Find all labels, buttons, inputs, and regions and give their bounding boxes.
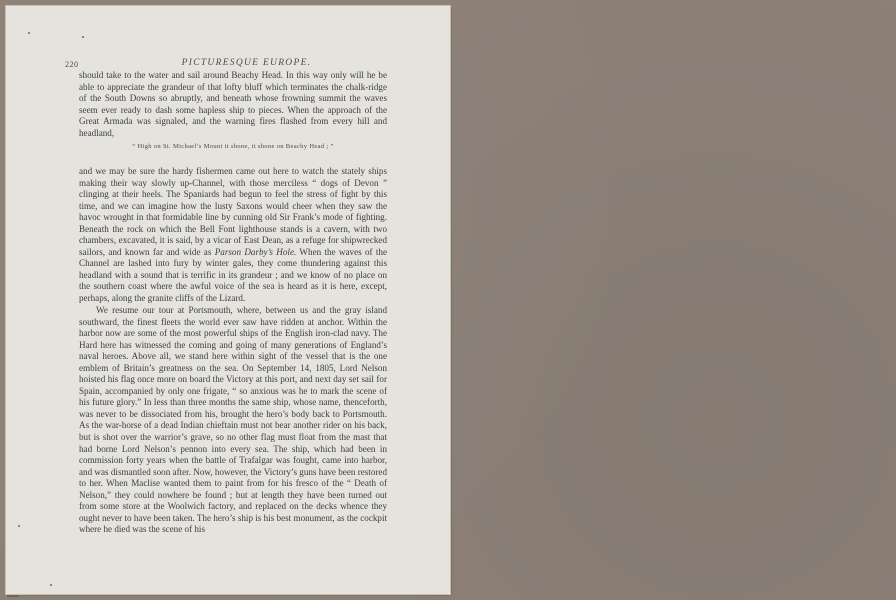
paper-speck bbox=[18, 525, 20, 527]
paragraph-3-text: We resume our tour at Portsmouth, where,… bbox=[79, 305, 387, 536]
paper-speck bbox=[28, 32, 30, 34]
paragraph-2: and we may be sure the hardy fishermen c… bbox=[79, 166, 387, 305]
block-quote: “ High on St. Michael’s Mount it shone, … bbox=[79, 143, 387, 150]
paragraph-1-text: should take to the water and sail around… bbox=[79, 70, 387, 139]
running-title: PICTURESQUE EUROPE. bbox=[65, 58, 398, 68]
paragraph-2-part-1: and we may be sure the hardy fishermen c… bbox=[79, 166, 387, 257]
paragraph-1: should take to the water and sail around… bbox=[79, 70, 387, 139]
parson-darbys-hole-italic: Parson Darby’s Hole. bbox=[215, 247, 297, 257]
paragraph-3: We resume our tour at Portsmouth, where,… bbox=[79, 305, 387, 536]
scan-credit-mark bbox=[7, 595, 19, 597]
paper-speck bbox=[50, 584, 52, 586]
paragraph-2-text: and we may be sure the hardy fishermen c… bbox=[79, 166, 387, 305]
paper-speck bbox=[82, 36, 84, 38]
